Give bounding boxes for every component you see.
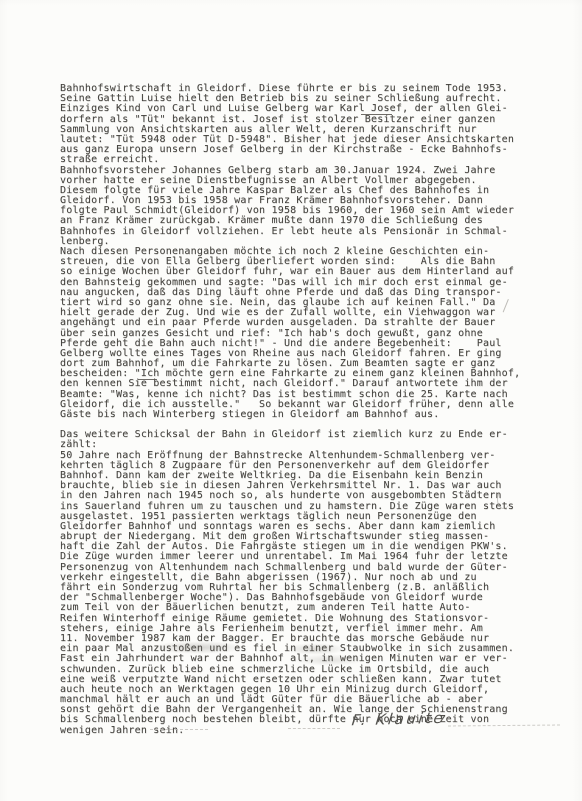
document-page: Bahnhofswirtschaft in Gleidorf. Diese fü… [0, 0, 582, 801]
paragraph: Bahnhofswirtschaft in Gleidorf. Diese fü… [60, 84, 530, 420]
signature-line-dashes [150, 729, 208, 730]
handwritten-signature: F. Klauite [351, 709, 447, 729]
text-line: Fast ein Jahrhundert war der Bahnhof alt… [60, 654, 530, 664]
text-line: angehängt und ein paar Pferde wurden aus… [60, 318, 530, 328]
text-line: straße erreicht. [60, 155, 530, 165]
text-line: Das weitere Schicksal der Bahn in Gleido… [60, 430, 530, 440]
text-line: Bahnhofes in Gleidorf vollziehen. Er leb… [60, 227, 530, 237]
text-line: in den Jahren nach 1945 noch so, als hun… [60, 491, 530, 501]
underline-mark-ich [138, 379, 157, 380]
signature-line-dashes [288, 728, 340, 729]
paragraph: Das weitere Schicksal der Bahn in Gleido… [60, 430, 530, 736]
typewritten-text: Bahnhofswirtschaft in Gleidorf. Diese fü… [60, 84, 530, 736]
text-line: Gäste bis nach Winterberg stiegen in Gle… [60, 410, 530, 420]
underline-mark-josef [361, 114, 392, 115]
